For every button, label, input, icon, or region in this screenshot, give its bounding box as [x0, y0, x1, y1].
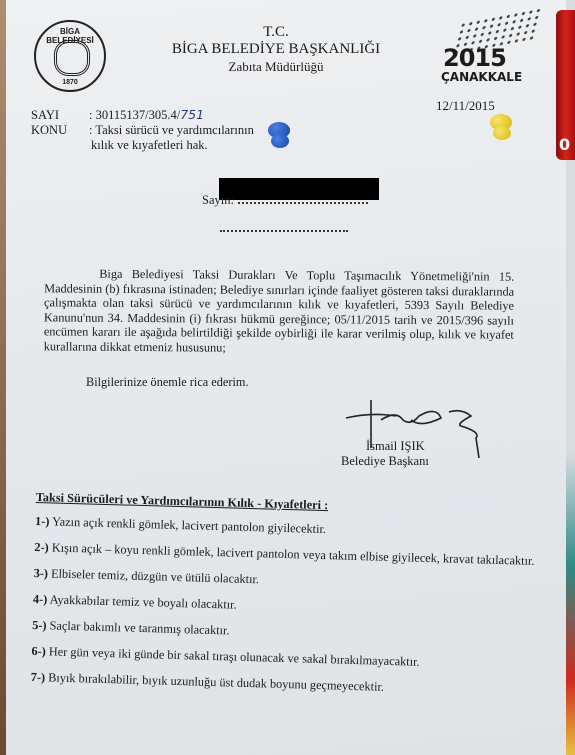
rule-number: 7-) — [31, 670, 46, 684]
rules-list: 1-) Yazın açık renkli gömlek, lacivert p… — [31, 515, 546, 698]
emblem-year: 2015 — [443, 44, 506, 72]
rule-text: Elbiseler temiz, düzgün ve ütülü olacakt… — [51, 566, 259, 586]
signatory-name: İsmail IŞIK — [366, 439, 425, 454]
subject-text-2: kılık ve kıyafetleri hak. — [31, 138, 254, 153]
rule-item: 2-) Kışın açık – koyu renkli gömlek, lac… — [34, 541, 544, 568]
rule-text: Saçlar bakımlı ve taranmış olacaktır. — [49, 618, 229, 637]
number-label: SAYI — [31, 108, 89, 123]
rule-number: 3-) — [33, 566, 48, 580]
rule-item: 4-) Ayakkabılar temiz ve boyalı olacaktı… — [33, 593, 543, 620]
rule-text: Yazın açık renkli gömlek, lacivert panto… — [52, 514, 326, 536]
municipality-seal-logo: BİGA BELEDİYESİ 1870 — [34, 20, 106, 92]
rule-item: 6-) Her gün veya iki günde bir sakal tır… — [31, 645, 541, 672]
rule-number: 4-) — [33, 592, 48, 606]
municipality-name: BİGA BELEDİYE BAŞKANLIĞI — [156, 41, 396, 58]
subject-line: KONU: Taksi sürücü ve yardımcılarının — [31, 123, 254, 138]
rule-item: 5-) Saçlar bakımlı ve taranmış olacaktır… — [32, 619, 542, 646]
country-label: T.C. — [156, 24, 396, 41]
rule-number: 5-) — [32, 618, 47, 632]
rule-item: 7-) Bıyık bırakılabilir, bıyık uzunluğu … — [31, 671, 541, 698]
seal-knot-icon — [54, 40, 90, 76]
seal-year: 1870 — [36, 79, 104, 86]
department-name: Zabıta Müdürlüğü — [156, 58, 396, 75]
rule-number: 6-) — [31, 644, 46, 658]
salutation-label: Sayın: — [202, 193, 234, 207]
blue-pushpin — [268, 122, 290, 148]
handwritten-number: 751 — [180, 107, 204, 122]
letter-body: Biga Belediyesi Taksi Durakları Ve Toplu… — [44, 266, 515, 357]
body-paragraph: Biga Belediyesi Taksi Durakları Ve Toplu… — [44, 266, 515, 357]
canakkale-2015-emblem: 2015 ÇANAKKALE — [431, 14, 541, 84]
yellow-pushpin — [490, 114, 512, 140]
reference-number: SAYI: 30115137/305.4/751 — [31, 107, 254, 123]
rule-text: Bıyık bırakılabilir, bıyık uzunluğu üst … — [48, 670, 384, 693]
subject-text-1: : Taksi sürücü ve yardımcılarının — [89, 123, 254, 137]
number-value: : 30115137/305.4/ — [89, 108, 180, 122]
subject-label: KONU — [31, 123, 89, 138]
rule-text: Her gün veya iki günde bir sakal tıraşı … — [49, 644, 420, 668]
document-page: BİGA BELEDİYESİ 1870 T.C. BİGA BELEDİYE … — [6, 0, 566, 755]
clip-number: 0 — [559, 135, 570, 154]
rule-number: 2-) — [34, 540, 49, 554]
signature-block: İsmail IŞIK Belediye Başkanı — [341, 398, 491, 463]
rule-number: 1-) — [35, 514, 50, 528]
recipient-dotted-line-2 — [220, 230, 348, 232]
rule-text: Kışın açık – koyu renkli gömlek, laciver… — [52, 540, 535, 567]
reference-block: SAYI: 30115137/305.4/751 KONU: Taksi sür… — [31, 107, 254, 153]
rule-item: 1-) Yazın açık renkli gömlek, lacivert p… — [35, 515, 545, 542]
signatory-title: Belediye Başkanı — [341, 454, 429, 469]
red-clip-object: 0 — [556, 10, 575, 160]
emblem-city: ÇANAKKALE — [441, 70, 522, 84]
recipient-dotted-line — [238, 202, 368, 204]
closing-line: Bilgilerinize önemle rica ederim. — [86, 375, 249, 390]
dress-code-rules: Taksi Sürücüleri ve Yardımcılarının Kılı… — [30, 490, 546, 711]
document-date: 12/11/2015 — [436, 98, 495, 114]
letterhead: T.C. BİGA BELEDİYE BAŞKANLIĞI Zabıta Müd… — [156, 24, 396, 75]
rule-item: 3-) Elbiseler temiz, düzgün ve ütülü ola… — [33, 567, 543, 594]
salutation: Sayın: — [202, 193, 368, 208]
rule-text: Ayakkabılar temiz ve boyalı olacaktır. — [50, 592, 237, 611]
rules-heading: Taksi Sürücüleri ve Yardımcılarının Kılı… — [36, 490, 546, 519]
